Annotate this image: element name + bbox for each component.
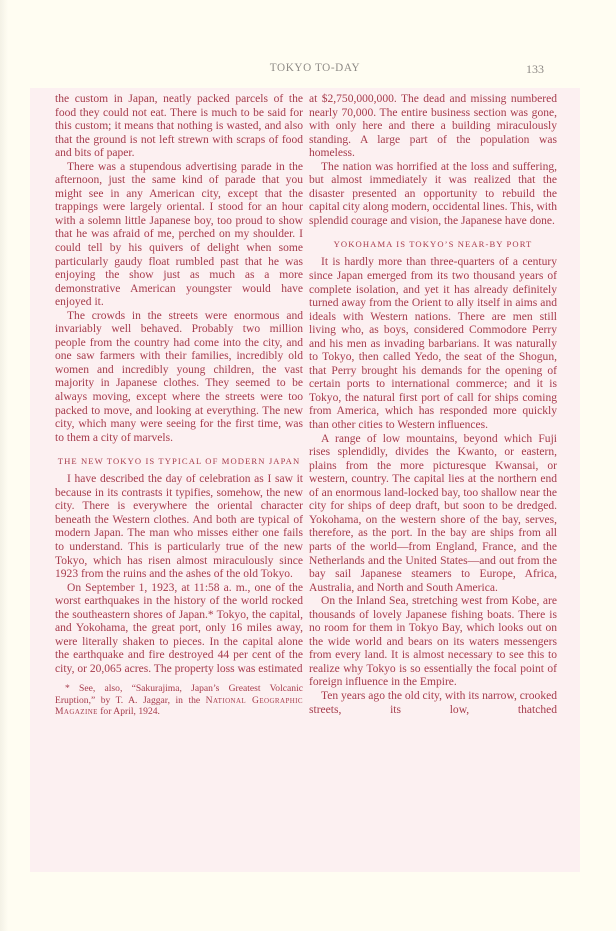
- left-column: the custom in Japan, neatly packed parce…: [55, 93, 303, 717]
- text-block: the custom in Japan, neatly packed parce…: [30, 88, 580, 872]
- running-head-title: TOKYO TO-DAY: [30, 62, 580, 74]
- paragraph: The nation was horrified at the loss and…: [309, 161, 557, 229]
- paragraph: On the Inland Sea, stretching west from …: [309, 595, 557, 690]
- section-heading: YOKOHAMA IS TOKYO’S NEAR-BY PORT: [309, 238, 557, 250]
- paragraph: A range of low mountains, beyond which F…: [309, 433, 557, 596]
- page-binding-edge: [0, 0, 8, 931]
- footnote: * See, also, “Sakurajima, Japan’s Greate…: [55, 683, 303, 717]
- paragraph: Ten years ago the old city, with its nar…: [309, 690, 557, 717]
- paragraph: There was a stupendous advertising parad…: [55, 161, 303, 310]
- right-column: at $2,750,000,000. The dead and missing …: [309, 93, 557, 717]
- paragraph: I have described the day of celebration …: [55, 473, 303, 581]
- section-heading: THE NEW TOKYO IS TYPICAL OF MODERN JAPAN: [55, 455, 303, 467]
- paragraph: the custom in Japan, neatly packed parce…: [55, 93, 303, 161]
- paragraph: It is hardly more than three-quarters of…: [309, 256, 557, 432]
- paragraph: The crowds in the streets were enormous …: [55, 310, 303, 445]
- paragraph: On September 1, 1923, at 11:58 a. m., on…: [55, 582, 303, 677]
- page-number: 133: [526, 62, 544, 77]
- running-head: TOKYO TO-DAY 133: [30, 62, 580, 78]
- footnote-text-end: for April, 1924.: [98, 706, 160, 717]
- paragraph: at $2,750,000,000. The dead and missing …: [309, 93, 557, 161]
